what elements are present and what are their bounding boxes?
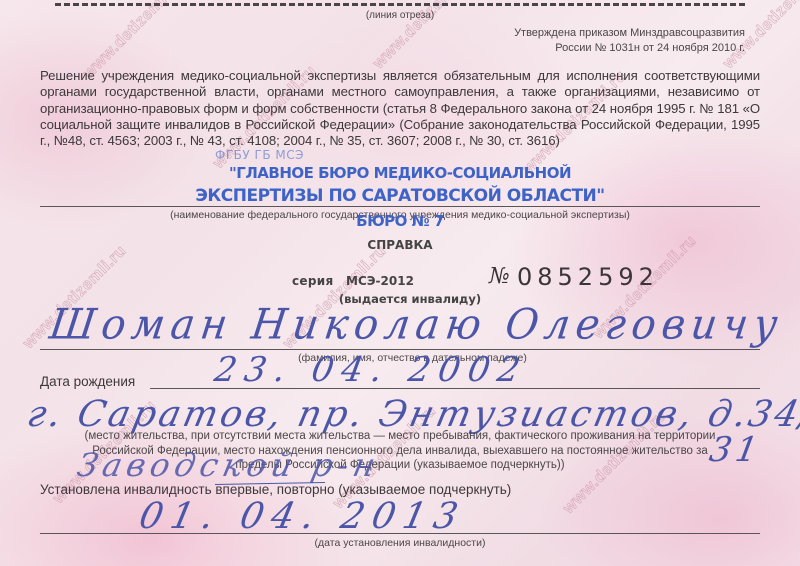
disability-date-caption: (дата установления инвалидности)	[0, 537, 800, 549]
disability-date-handwritten: 01. 04. 2013	[136, 496, 470, 537]
stamp-ghost-text: ФГБУ ГБ МСЭ	[215, 148, 304, 162]
address-handwritten-line-2: Заводской р-н	[74, 446, 384, 484]
number-sign: №	[489, 264, 510, 289]
disability-date-rule	[40, 533, 760, 534]
stamp-institution-line-1: "ГЛАВНОЕ БЮРО МЕДИКО-СОЦИАЛЬНОЙ	[200, 164, 600, 182]
legal-preamble: Решение учреждения медико-социальной экс…	[40, 68, 760, 149]
certificate-number: 0852592	[517, 263, 659, 291]
disability-status-label: Установлена инвалидность впервые, повтор…	[40, 482, 511, 497]
name-handwritten: Шоман Николаю Олеговичу	[47, 301, 786, 349]
address-handwritten-apartment: 31	[706, 430, 764, 470]
stamp-institution-line-2: ЭКСПЕРТИЗЫ ПО САРАТОВСКОЙ ОБЛАСТИ"	[190, 186, 610, 206]
stamp-bureau: БЮРО № 7	[300, 212, 500, 230]
cut-line-label: (линия отреза)	[0, 10, 800, 21]
series-label: серия	[292, 274, 333, 288]
series-value: МСЭ-2012	[346, 274, 414, 288]
approval-note: Утверждена приказом Минздравсоцразвития …	[514, 26, 745, 56]
cut-line	[55, 3, 745, 6]
approval-line-2: России № 1031н от 24 ноября 2010 г.	[514, 41, 745, 56]
dob-handwritten: 23. 04. 2002	[211, 350, 530, 390]
document-title: СПРАВКА	[0, 238, 800, 252]
approval-line-1: Утверждена приказом Минздравсоцразвития	[514, 26, 745, 41]
institution-rule	[40, 206, 760, 207]
dob-label: Дата рождения	[40, 374, 135, 389]
